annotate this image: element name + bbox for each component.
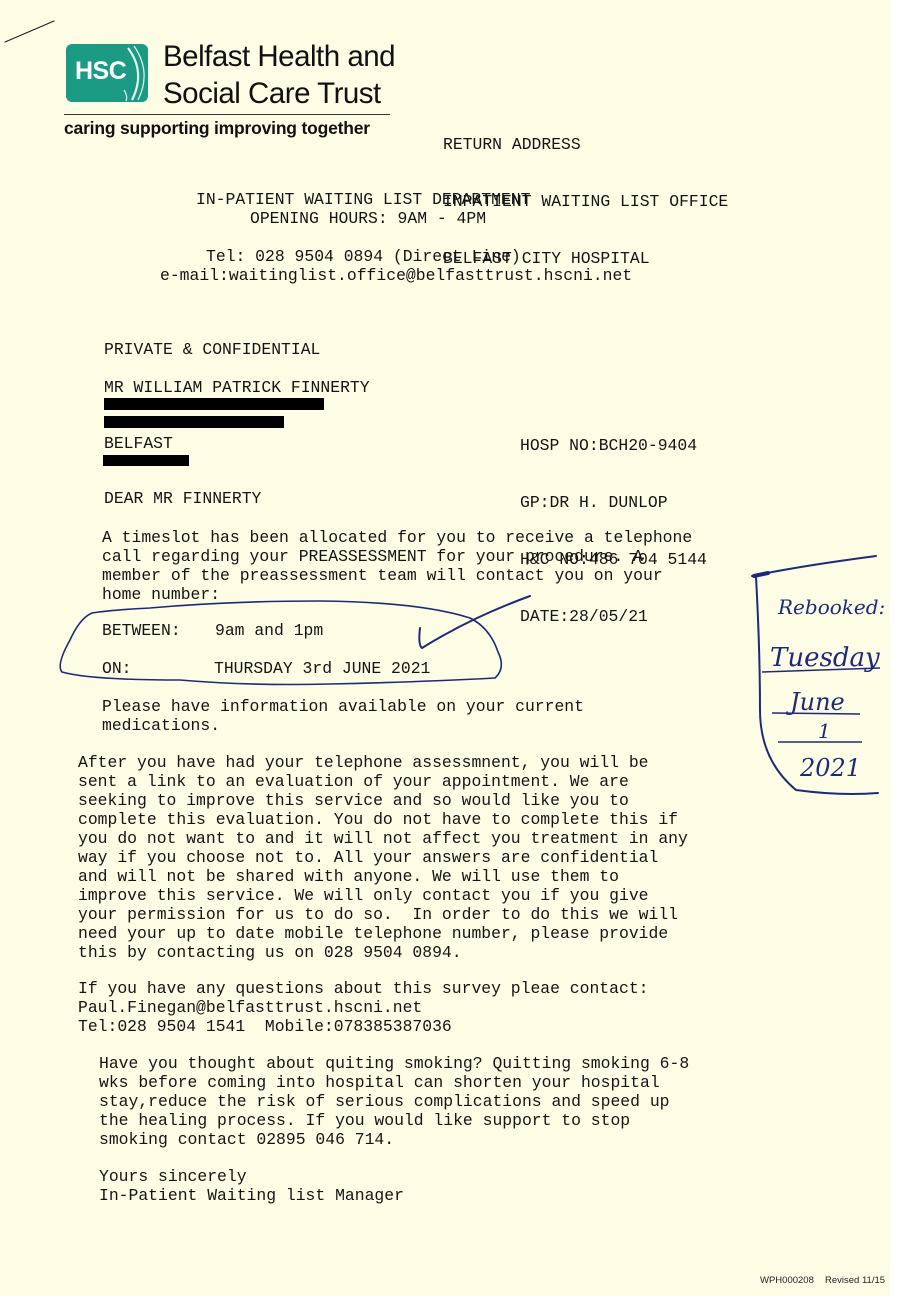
appointment-date: THURSDAY 3rd JUNE 2021 [214, 659, 430, 678]
medications-paragraph: Please have information available on you… [102, 697, 584, 735]
department-tel: Tel: 028 9504 0894 (Direct Line) [206, 247, 521, 266]
letter-date: DATE:28/05/21 [520, 607, 707, 626]
gp-name: GP:DR H. DUNLOP [520, 493, 707, 512]
opening-hours: OPENING HOURS: 9AM - 4PM [250, 209, 486, 228]
logo-swoosh-icon [66, 44, 148, 102]
redacted-address-line-1 [104, 398, 324, 410]
trust-name: Belfast Health and Social Care Trust [163, 38, 395, 112]
smoking-paragraph: Have you thought about quiting smoking? … [99, 1054, 689, 1149]
recipient-city: BELFAST [104, 434, 173, 453]
hosp-no: HOSP NO:BCH20-9404 [520, 436, 707, 455]
signatory: In-Patient Waiting list Manager [99, 1186, 404, 1205]
evaluation-paragraph: After you have had your telephone assess… [78, 753, 688, 962]
redacted-address-line-2 [104, 416, 284, 428]
on-label: ON: [102, 659, 132, 678]
department-name: IN-PATIENT WAITING LIST DEPARTMENT [196, 190, 530, 209]
survey-contact: If you have any questions about this sur… [78, 979, 649, 1036]
form-code: WPH000208 [760, 1275, 814, 1286]
redacted-postcode [103, 455, 189, 466]
salutation: DEAR MR FINNERTY [104, 489, 261, 508]
intro-paragraph: A timeslot has been allocated for you to… [102, 528, 692, 604]
revision-date: Revised 11/15 [825, 1275, 885, 1286]
letter-page: HSC Belfast Health and Social Care Trust… [0, 0, 890, 1296]
letterhead-divider [64, 114, 390, 115]
department-email: e-mail:waitinglist.office@belfasttrust.h… [160, 266, 632, 285]
tagline: caring supporting improving together [64, 118, 370, 139]
recipient-name: MR WILLIAM PATRICK FINNERTY [104, 378, 370, 397]
hsc-logo: HSC [66, 44, 148, 102]
between-value: 9am and 1pm [215, 621, 323, 640]
closing: Yours sincerely [99, 1167, 247, 1186]
confidential-marking: PRIVATE & CONFIDENTIAL [104, 340, 320, 359]
between-label: BETWEEN: [102, 621, 181, 640]
